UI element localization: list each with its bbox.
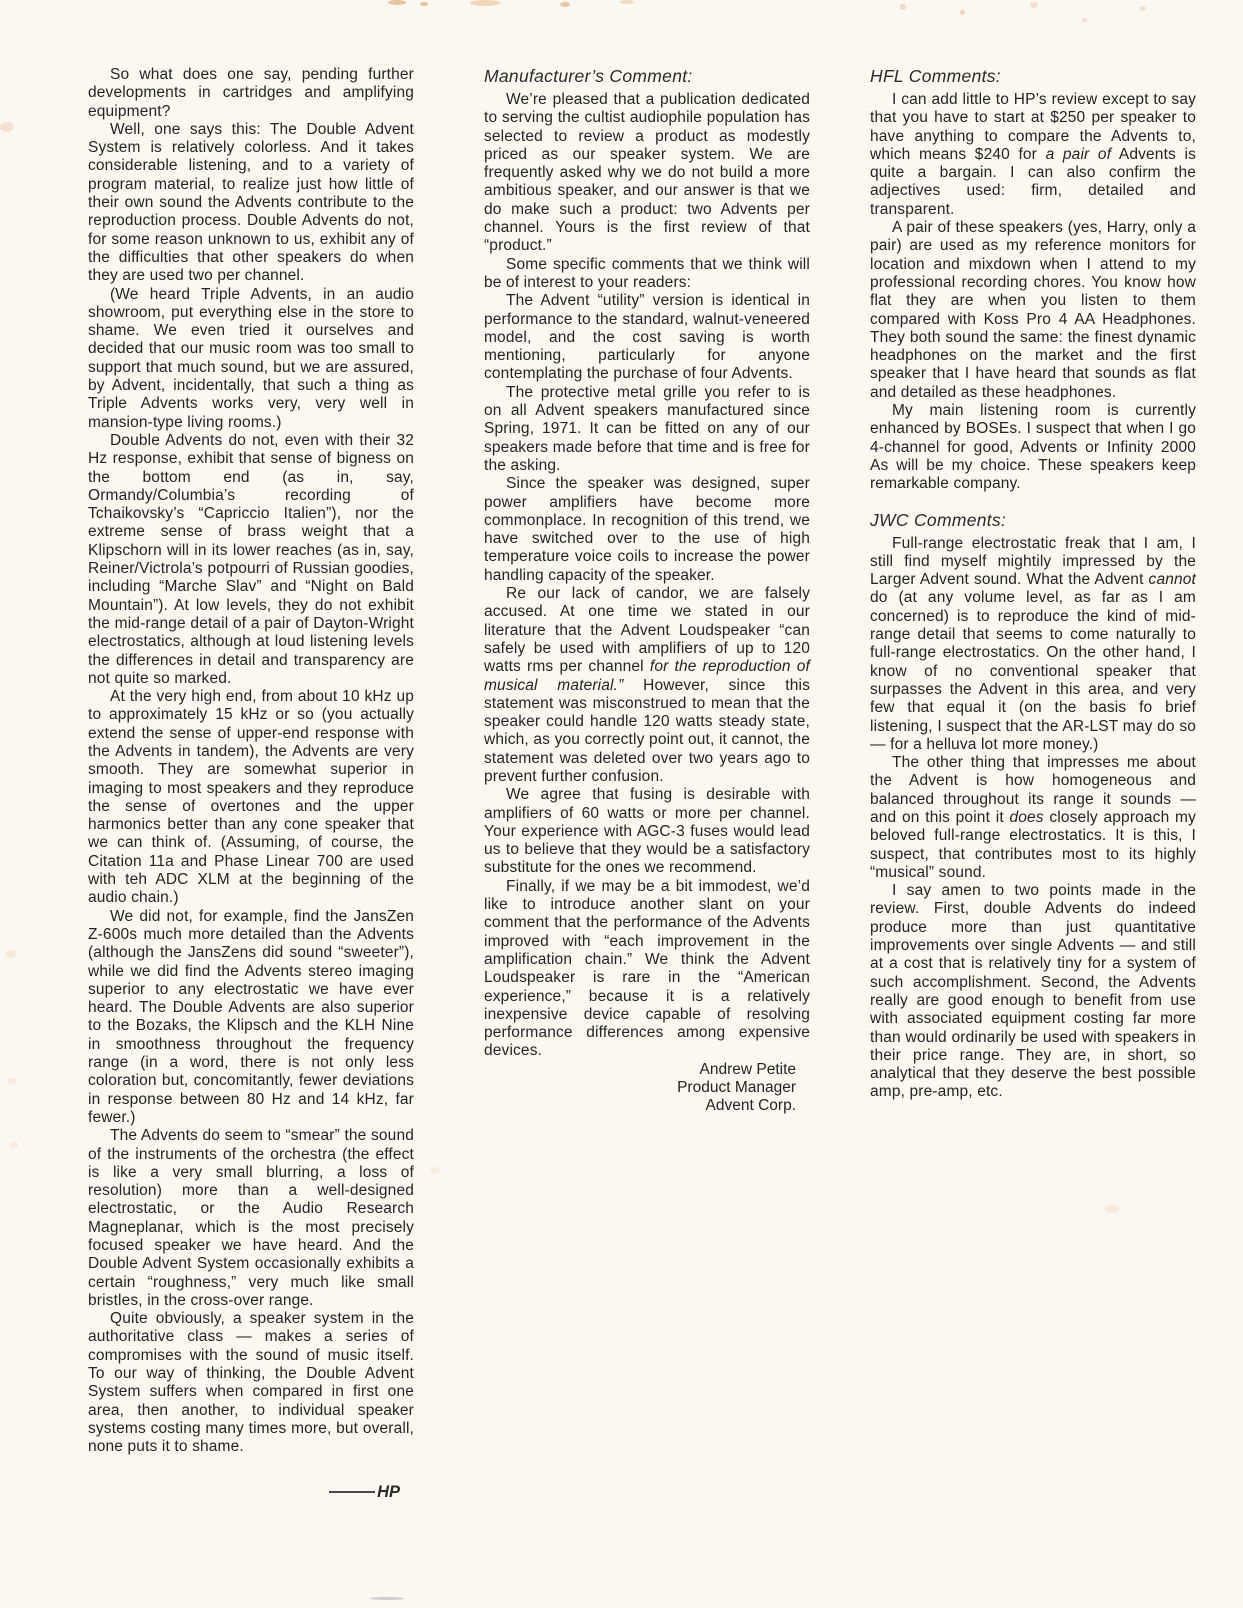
italic-text: does (1009, 809, 1043, 826)
section-heading: Manufacturer’s Comment: (484, 66, 810, 87)
body-text: do (at any volume level, as far as I am … (870, 589, 1196, 752)
paper-speckle (560, 2, 570, 7)
paragraph: Quite obviously, a speaker system in the… (88, 1310, 414, 1456)
paper-speckle (370, 1597, 404, 1600)
paper-speckle (420, 2, 428, 6)
paragraph: I say amen to two points made in the rev… (870, 882, 1196, 1102)
paper-speckle (1082, 18, 1087, 23)
paper-speckle (388, 0, 406, 5)
signature-line: Advent Corp. (484, 1097, 796, 1115)
paper-speckle (1140, 6, 1146, 11)
paragraph: We did not, for example, find the JansZe… (88, 908, 414, 1128)
body-text: The protective metal grille you refer to… (484, 384, 810, 474)
body-text: Well, one says this: The Double Advent S… (88, 121, 414, 284)
body-text: Double Advents do not, even with their 3… (88, 432, 414, 687)
body-text: Finally, if we may be a bit immodest, we… (484, 878, 810, 1060)
paragraph: The other thing that impresses me about … (870, 754, 1196, 882)
italic-text: a pair of (1046, 146, 1112, 163)
signature-line: Andrew Petite (484, 1061, 796, 1079)
paragraph: Since the speaker was designed, super po… (484, 475, 810, 585)
body-text: We did not, for example, find the JansZe… (88, 908, 414, 1126)
manufacturer-comment-column: Manufacturer’s Comment:We’re pleased tha… (484, 66, 810, 1116)
paper-speckle (1030, 2, 1038, 8)
body-text: The Advent “utility” version is identica… (484, 292, 810, 382)
section-heading: HFL Comments: (870, 66, 1196, 87)
body-text: Since the speaker was designed, super po… (484, 475, 810, 583)
paragraph: The protective metal grille you refer to… (484, 384, 810, 475)
body-text: Full-range electrostatic freak that I am… (870, 535, 1196, 589)
paragraph: Finally, if we may be a bit immodest, we… (484, 878, 810, 1061)
paragraph: We’re pleased that a publication dedicat… (484, 91, 810, 256)
body-text: My main listening room is currently enha… (870, 402, 1196, 492)
paragraph: My main listening room is currently enha… (870, 402, 1196, 493)
paragraph: At the very high end, from about 10 kHz … (88, 688, 414, 908)
paper-speckle (6, 950, 16, 958)
body-text: We agree that fusing is desirable with a… (484, 786, 810, 876)
paragraph: The Advents do seem to “smear” the sound… (88, 1127, 414, 1310)
paragraph: (We heard Triple Advents, in an audio sh… (88, 286, 414, 432)
paper-speckle (8, 1078, 17, 1085)
paper-speckle (430, 1167, 440, 1174)
paper-speckle (620, 0, 634, 4)
reader-comments-column: HFL Comments:I can add little to HP’s re… (870, 66, 1196, 1102)
paper-speckle (10, 1142, 18, 1148)
paper-speckle (1105, 1205, 1119, 1213)
page: So what does one say, pending further de… (0, 0, 1243, 1608)
paragraph: So what does one say, pending further de… (88, 66, 414, 121)
paragraph: I can add little to HP’s review except t… (870, 91, 1196, 219)
body-text: Some specific comments that we think wil… (484, 256, 810, 291)
body-text: I say amen to two points made in the rev… (870, 882, 1196, 1100)
signature-dash (329, 1491, 375, 1493)
body-text: (We heard Triple Advents, in an audio sh… (88, 286, 414, 431)
signature-block: Andrew PetiteProduct ManagerAdvent Corp. (484, 1061, 810, 1116)
body-text: We’re pleased that a publication dedicat… (484, 91, 810, 254)
reviewer-signature: HP (88, 1483, 414, 1502)
paper-speckle (470, 0, 500, 6)
signature-line: Product Manager (484, 1079, 796, 1097)
section-heading: JWC Comments: (870, 510, 1196, 531)
paragraph: Full-range electrostatic freak that I am… (870, 535, 1196, 755)
review-column: So what does one say, pending further de… (88, 66, 414, 1502)
body-text: The Advents do seem to “smear” the sound… (88, 1127, 414, 1309)
body-text: A pair of these speakers (yes, Harry, on… (870, 219, 1196, 401)
paragraph: Well, one says this: The Double Advent S… (88, 121, 414, 286)
paper-speckle (0, 122, 14, 132)
paragraph: We agree that fusing is desirable with a… (484, 786, 810, 877)
italic-text: cannot (1149, 571, 1196, 588)
body-text: So what does one say, pending further de… (88, 66, 414, 120)
paragraph: A pair of these speakers (yes, Harry, on… (870, 219, 1196, 402)
body-text: At the very high end, from about 10 kHz … (88, 688, 414, 906)
reviewer-initials: HP (377, 1483, 400, 1502)
paragraph: The Advent “utility” version is identica… (484, 292, 810, 383)
paragraph: Re our lack of candor, we are falsely ac… (484, 585, 810, 786)
paper-speckle (960, 10, 965, 15)
body-text: Quite obviously, a speaker system in the… (88, 1310, 414, 1455)
paper-speckle (900, 4, 906, 10)
paragraph: Some specific comments that we think wil… (484, 256, 810, 293)
paragraph: Double Advents do not, even with their 3… (88, 432, 414, 688)
